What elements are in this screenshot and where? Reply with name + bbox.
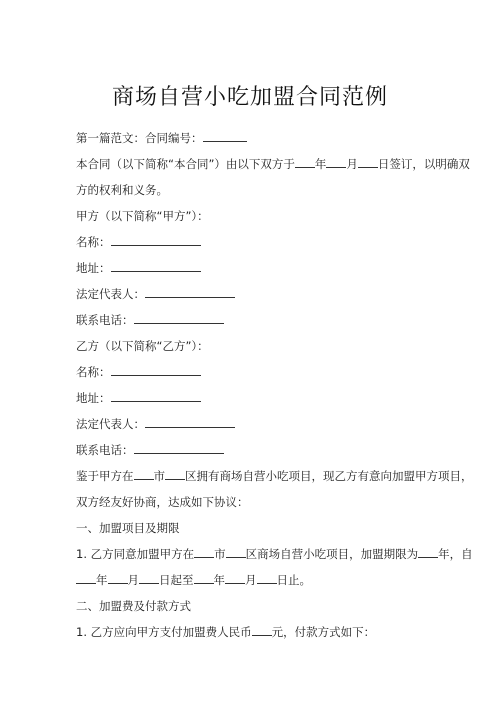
fill-in-blank <box>111 260 201 272</box>
document-line: 二、加盟费及付款方式 <box>76 598 191 614</box>
document-line: 地址： <box>76 390 201 406</box>
fill-in-blank <box>111 364 201 376</box>
document-line: 法定代表人： <box>76 416 235 432</box>
line-text: 方的权利和义务。 <box>76 183 168 197</box>
line-text: 日签订，以明确双 <box>378 157 470 171</box>
line-text: 甲方（以下简称“甲方”）： <box>76 209 209 223</box>
document-line: 乙方（以下简称“乙方”）： <box>76 338 209 354</box>
line-text: 法定代表人： <box>76 417 145 431</box>
line-text: 第一篇范文：合同编号： <box>76 131 203 145</box>
line-text: 法定代表人： <box>76 287 145 301</box>
document-line: 地址： <box>76 260 201 276</box>
fill-in-blank <box>358 156 378 168</box>
line-text: 乙方（以下简称“乙方”）： <box>76 339 209 353</box>
document-line: 鉴于甲方在市区拥有商场自营小吃项目，现乙方有意向加盟甲方项目， <box>76 468 473 484</box>
line-text: 区商场自营小吃项目，加盟期限为 <box>246 547 419 561</box>
fill-in-blank <box>203 130 247 142</box>
line-text: 本合同（以下简称“本合同”）由以下双方于 <box>76 157 295 171</box>
line-text: 一、加盟项目及期限 <box>76 521 180 535</box>
document-line: 1. 乙方同意加盟甲方在市区商场自营小吃项目，加盟期限为年，自 <box>76 546 473 562</box>
fill-in-blank <box>76 572 96 584</box>
line-text: 二、加盟费及付款方式 <box>76 599 191 613</box>
document-line: 一、加盟项目及期限 <box>76 520 180 536</box>
document-line: 1. 乙方应向甲方支付加盟费人民币元，付款方式如下： <box>76 624 375 640</box>
line-text: 鉴于甲方在 <box>76 469 134 483</box>
line-text: 市 <box>154 469 166 483</box>
fill-in-blank <box>145 416 235 428</box>
document-page: 商场自营小吃加盟合同范例 第一篇范文：合同编号：本合同（以下简称“本合同”）由以… <box>0 0 500 707</box>
fill-in-blank <box>165 468 185 480</box>
document-line: 名称： <box>76 234 201 250</box>
document-line: 法定代表人： <box>76 286 235 302</box>
document-line: 名称： <box>76 364 201 380</box>
line-text: 联系电话： <box>76 443 134 457</box>
fill-in-blank <box>134 312 224 324</box>
document-line: 第一篇范文：合同编号： <box>76 130 247 146</box>
line-text: 名称： <box>76 235 111 249</box>
document-line: 双方经友好协商，达成如下协议： <box>76 494 249 510</box>
line-text: 市 <box>214 547 226 561</box>
document-line: 联系电话： <box>76 312 224 328</box>
line-text: 区拥有商场自营小吃项目，现乙方有意向加盟甲方项目， <box>185 469 473 483</box>
line-text: 月 <box>128 573 140 587</box>
line-text: 地址： <box>76 261 111 275</box>
fill-in-blank <box>108 572 128 584</box>
document-line: 年月日起至年月日止。 <box>76 572 311 588</box>
document-line: 联系电话： <box>76 442 224 458</box>
fill-in-blank <box>134 468 154 480</box>
fill-in-blank <box>225 572 245 584</box>
line-text: 日起至 <box>159 573 194 587</box>
fill-in-blank <box>111 234 201 246</box>
line-text: 月 <box>346 157 358 171</box>
document-line: 方的权利和义务。 <box>76 182 168 198</box>
line-text: 元，付款方式如下： <box>272 625 376 639</box>
line-text: 1. 乙方应向甲方支付加盟费人民币 <box>76 625 252 639</box>
line-text: 双方经友好协商，达成如下协议： <box>76 495 249 509</box>
document-line: 本合同（以下简称“本合同”）由以下双方于年月日签订，以明确双 <box>76 156 470 172</box>
fill-in-blank <box>145 286 235 298</box>
line-text: 日止。 <box>277 573 312 587</box>
document-line: 甲方（以下简称“甲方”）： <box>76 208 209 224</box>
document-title: 商场自营小吃加盟合同范例 <box>0 84 500 112</box>
line-text: 名称： <box>76 365 111 379</box>
line-text: 年 <box>96 573 108 587</box>
fill-in-blank <box>326 156 346 168</box>
fill-in-blank <box>134 442 224 454</box>
line-text: 月 <box>245 573 257 587</box>
fill-in-blank <box>295 156 315 168</box>
line-text: 年 <box>315 157 327 171</box>
line-text: 联系电话： <box>76 313 134 327</box>
line-text: 年，自 <box>438 547 473 561</box>
fill-in-blank <box>418 546 438 558</box>
line-text: 地址： <box>76 391 111 405</box>
line-text: 1. 乙方同意加盟甲方在 <box>76 547 194 561</box>
fill-in-blank <box>111 390 201 402</box>
fill-in-blank <box>194 546 214 558</box>
fill-in-blank <box>139 572 159 584</box>
line-text: 年 <box>214 573 226 587</box>
fill-in-blank <box>226 546 246 558</box>
fill-in-blank <box>194 572 214 584</box>
fill-in-blank <box>252 624 272 636</box>
fill-in-blank <box>257 572 277 584</box>
